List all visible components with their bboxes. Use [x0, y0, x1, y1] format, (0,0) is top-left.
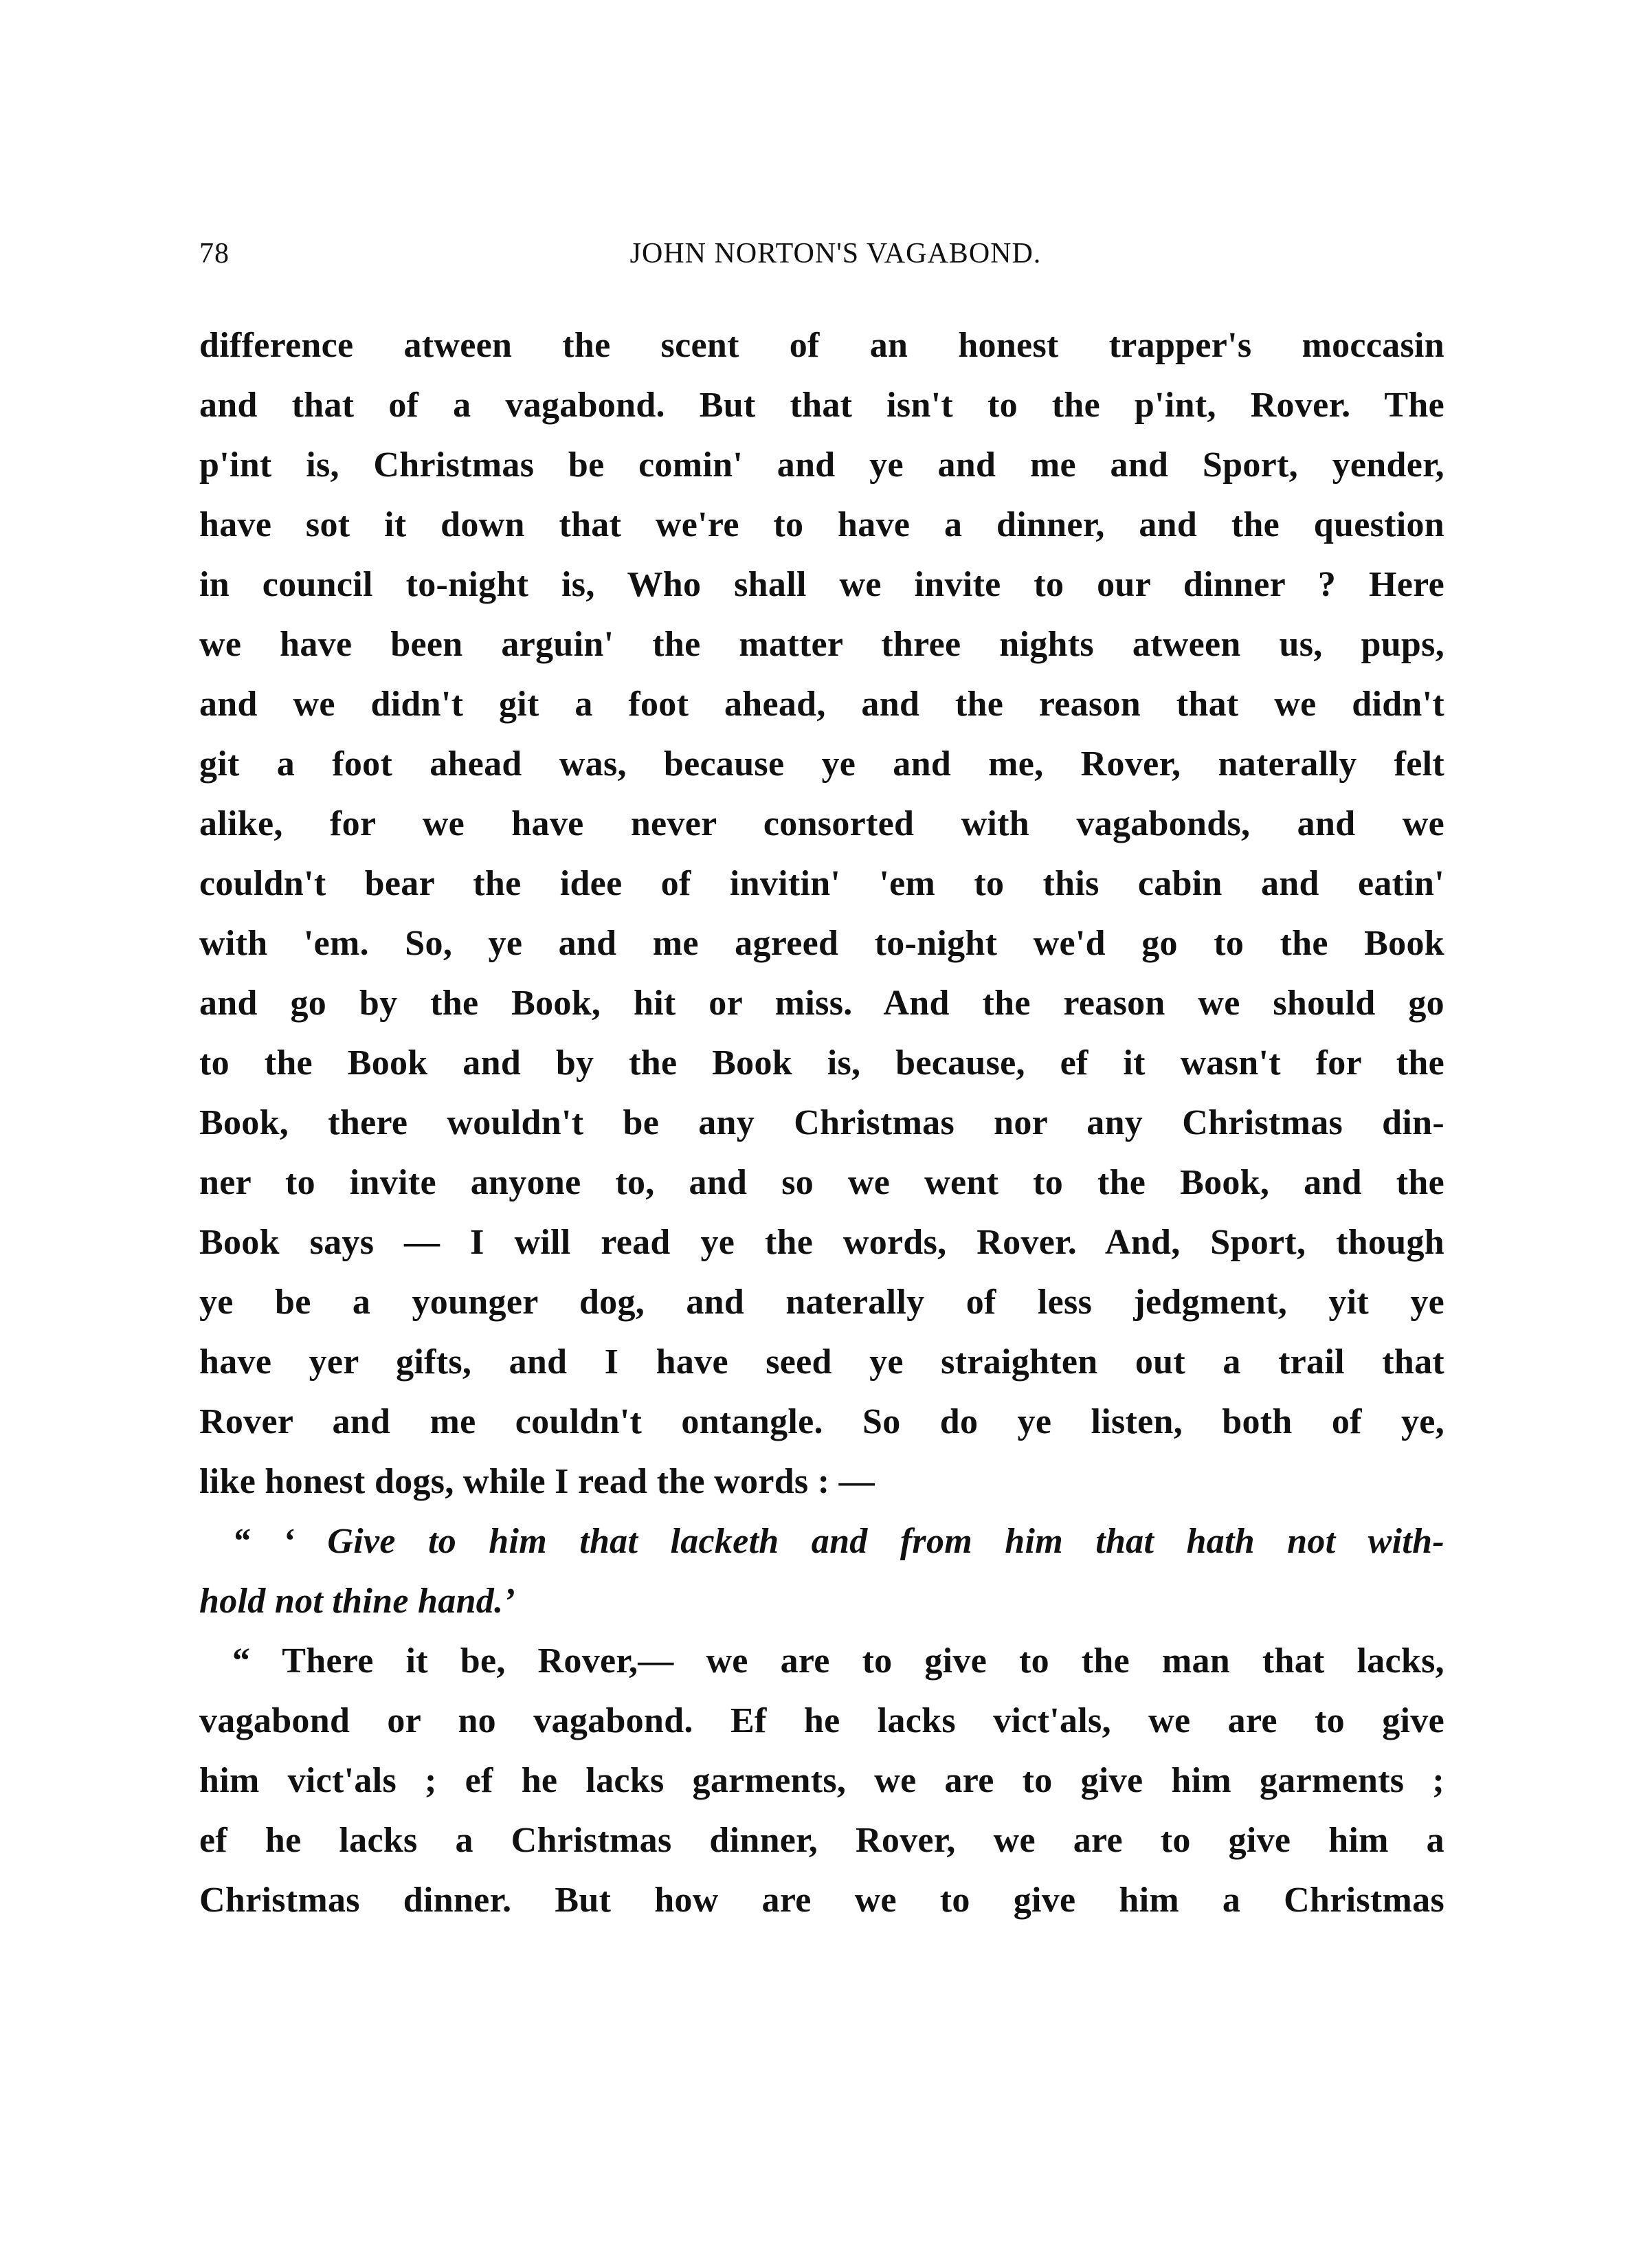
scripture-quote-line: hold not thine hand.’: [199, 1571, 1444, 1631]
text-line: ner to invite anyone to, and so we went …: [199, 1153, 1444, 1212]
running-title: JOHN NORTON'S VAGABOND.: [199, 237, 1444, 270]
running-head: 78 JOHN NORTON'S VAGABOND.: [199, 237, 1444, 285]
text-line: Christmas dinner. But how are we to give…: [199, 1870, 1444, 1930]
body-text: difference atween the scent of an honest…: [199, 315, 1444, 1930]
text-line: “ There it be, Rover,— we are to give to…: [199, 1631, 1444, 1691]
text-line: git a foot ahead was, because ye and me,…: [199, 734, 1444, 794]
text-line: Book says — I will read ye the words, Ro…: [199, 1212, 1444, 1272]
text-line: with 'em. So, ye and me agreed to-night …: [199, 913, 1444, 973]
text-line: alike, for we have never consorted with …: [199, 794, 1444, 854]
text-line: and go by the Book, hit or miss. And the…: [199, 973, 1444, 1033]
text-line: like honest dogs, while I read the words…: [199, 1452, 1444, 1511]
text-line: ef he lacks a Christmas dinner, Rover, w…: [199, 1810, 1444, 1870]
text-line: have yer gifts, and I have seed ye strai…: [199, 1332, 1444, 1392]
scripture-quote-line: “ ‘ Give to him that lacketh and from hi…: [199, 1511, 1444, 1571]
text-line: him vict'als ; ef he lacks garments, we …: [199, 1751, 1444, 1810]
text-line: Book, there wouldn't be any Christmas no…: [199, 1093, 1444, 1153]
text-line: vagabond or no vagabond. Ef he lacks vic…: [199, 1691, 1444, 1751]
text-line: in council to-night is, Who shall we inv…: [199, 555, 1444, 614]
text-line: ye be a younger dog, and naterally of le…: [199, 1272, 1444, 1332]
text-line: p'int is, Christmas be comin' and ye and…: [199, 435, 1444, 495]
text-line: difference atween the scent of an honest…: [199, 315, 1444, 375]
text-line: we have been arguin' the matter three ni…: [199, 614, 1444, 674]
text-line: Rover and me couldn't ontangle. So do ye…: [199, 1392, 1444, 1452]
text-line: and that of a vagabond. But that isn't t…: [199, 375, 1444, 435]
book-page: 78 JOHN NORTON'S VAGABOND. difference at…: [199, 237, 1444, 1930]
text-line: to the Book and by the Book is, because,…: [199, 1033, 1444, 1093]
text-line: couldn't bear the idee of invitin' 'em t…: [199, 854, 1444, 913]
text-line: have sot it down that we're to have a di…: [199, 495, 1444, 555]
text-line: and we didn't git a foot ahead, and the …: [199, 674, 1444, 734]
